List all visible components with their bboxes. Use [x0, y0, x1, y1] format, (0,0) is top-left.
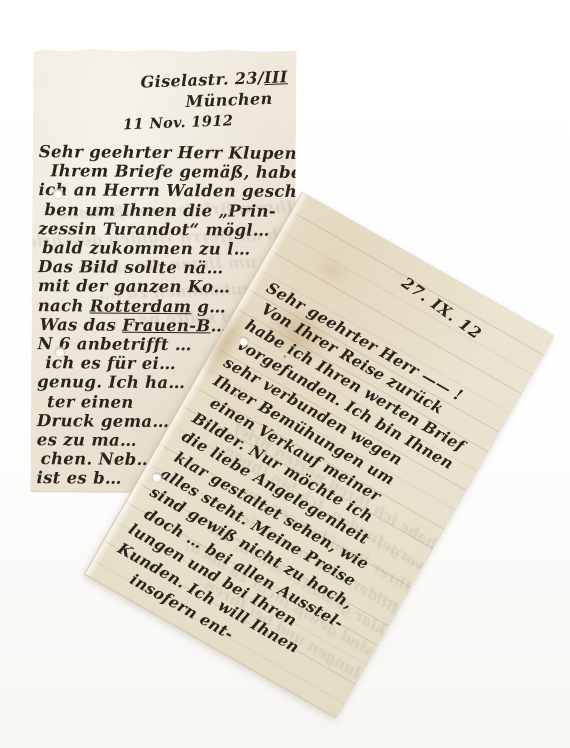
line-text: g… — [191, 297, 226, 316]
photo-background: Ihrem Briefe gemäß, habe ich an Herrn Wa… — [0, 0, 570, 748]
stain — [308, 249, 356, 291]
punch-hole — [55, 347, 64, 356]
handwriting-line: Sehr geehrter Herr Klupen! — [39, 142, 297, 163]
letter1-date: 11 Nov. 1912 — [122, 110, 233, 135]
letter2-date: 27. IX. 12 — [398, 272, 485, 342]
handwriting-line: zessin Turandot“ mögl… — [38, 219, 296, 240]
handwriting-line: ich an Herrn Walden geschrie- — [38, 181, 296, 202]
handwriting-line: Ihrem Briefe gemäß, habe — [39, 161, 297, 182]
handwriting-line: bald zukommen zu l… — [38, 238, 296, 259]
letter1-address-floor: III — [263, 67, 287, 87]
underlined-word: Frauen-B — [122, 316, 211, 336]
line-text: nach — [38, 296, 90, 315]
underlined-word: Rotterdam — [90, 296, 192, 316]
letter1-heading: Giselastr. 23/III München 11 Nov. 1912 — [121, 66, 290, 135]
handwriting-line: ben um Ihnen die „Prin- — [38, 200, 296, 221]
line-text: Was das — [40, 315, 123, 335]
punch-hole — [54, 189, 63, 198]
